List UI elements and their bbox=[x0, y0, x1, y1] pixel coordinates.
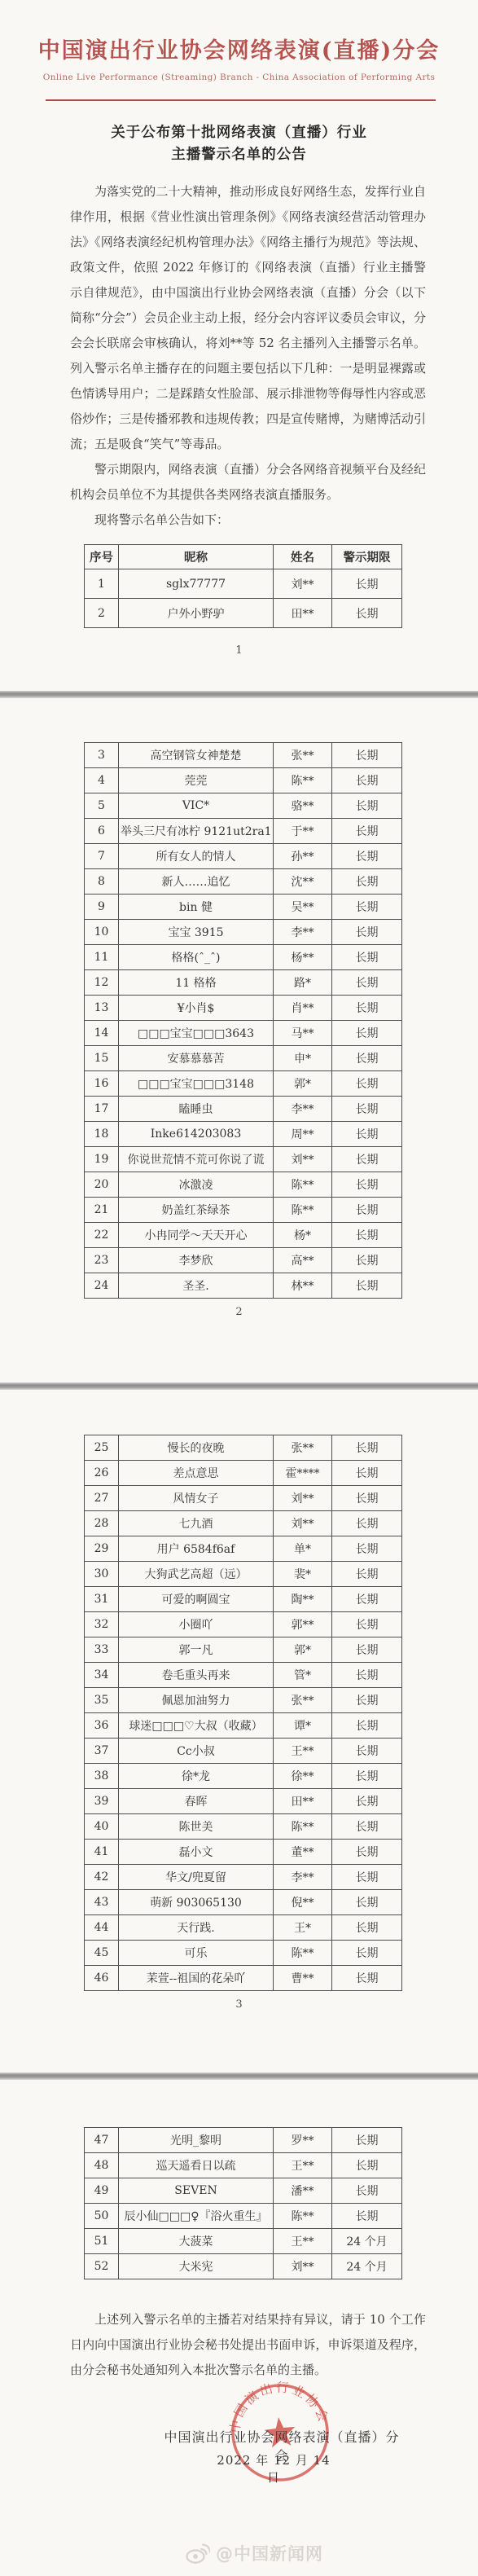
cell-nickname: 11 格格 bbox=[119, 970, 274, 996]
cell-index: 19 bbox=[85, 1147, 119, 1172]
cell-index: 42 bbox=[85, 1865, 119, 1890]
cell-name: 倪** bbox=[274, 1890, 332, 1915]
table-row: 26差点意思霍****长期 bbox=[85, 1461, 402, 1486]
cell-name: 骆** bbox=[274, 793, 332, 819]
cell-nickname: 安慕慕慕苦 bbox=[119, 1046, 274, 1071]
cell-period: 长期 bbox=[332, 1764, 402, 1789]
cell-nickname: 冰激凌 bbox=[119, 1172, 274, 1198]
cell-index: 24 bbox=[85, 1273, 119, 1299]
org-name-en: Online Live Performance (Streaming) Bran… bbox=[0, 72, 478, 83]
table-row: 14□□□宝宝□□□3643马**长期 bbox=[85, 1021, 402, 1046]
cell-name: 郭* bbox=[274, 1071, 332, 1097]
cell-name: 李** bbox=[274, 1865, 332, 1890]
cell-name: 李** bbox=[274, 1097, 332, 1122]
table-row: 44天行践.王*长期 bbox=[85, 1915, 402, 1941]
cell-period: 长期 bbox=[332, 1097, 402, 1122]
cell-nickname: 差点意思 bbox=[119, 1461, 274, 1486]
page-number-1: 1 bbox=[0, 644, 478, 657]
table-row: 52大米宪刘**24 个月 bbox=[85, 2254, 402, 2279]
table-row: 4莞莞陈**长期 bbox=[85, 768, 402, 793]
cell-period: 长期 bbox=[332, 793, 402, 819]
paragraph-list-intro: 现将警示名单公告如下： bbox=[70, 508, 426, 533]
cell-nickname: 宝宝 3915 bbox=[119, 920, 274, 945]
cell-index: 10 bbox=[85, 920, 119, 945]
page-break-bar bbox=[0, 1383, 478, 1390]
table-row: 7所有女人的情人孙**长期 bbox=[85, 844, 402, 869]
paragraph-intro: 为落实党的二十大精神，推动形成良好网络生态，发挥行业自律作用，根据《营业性演出管… bbox=[70, 179, 426, 457]
page-3: 25慢长的夜晚张**长期26差点意思霍****长期27风情女子刘**长期28七九… bbox=[0, 1390, 478, 2073]
cell-period: 长期 bbox=[332, 1789, 402, 1814]
cell-index: 35 bbox=[85, 1688, 119, 1713]
cell-index: 36 bbox=[85, 1713, 119, 1739]
cell-period: 长期 bbox=[332, 1637, 402, 1663]
cell-index: 52 bbox=[85, 2254, 119, 2279]
table-row: 47光明_黎明罗**长期 bbox=[85, 2128, 402, 2153]
table-row: 31可爱的啊圆宝陶**长期 bbox=[85, 1587, 402, 1612]
cell-period: 长期 bbox=[332, 1536, 402, 1562]
cell-index: 44 bbox=[85, 1915, 119, 1941]
cell-nickname: □□□宝宝□□□3643 bbox=[119, 1021, 274, 1046]
table-row: 16□□□宝宝□□□3148郭*长期 bbox=[85, 1071, 402, 1097]
cell-period: 长期 bbox=[332, 2204, 402, 2229]
warning-table-page-4: 47光明_黎明罗**长期48巡天遥看日以疏王**长期49SEVEN潘**长期50… bbox=[84, 2127, 402, 2279]
cell-nickname: 风情女子 bbox=[119, 1486, 274, 1511]
cell-nickname: 可爱的啊圆宝 bbox=[119, 1587, 274, 1612]
cell-period: 长期 bbox=[332, 1461, 402, 1486]
page-1: 中国演出行业协会网络表演(直播)分会 Online Live Performan… bbox=[0, 0, 478, 691]
cell-name: 林** bbox=[274, 1273, 332, 1299]
cell-period: 长期 bbox=[332, 1941, 402, 1966]
cell-period: 长期 bbox=[332, 1223, 402, 1248]
cell-index: 37 bbox=[85, 1739, 119, 1764]
cell-name: 王** bbox=[274, 1739, 332, 1764]
cell-period: 长期 bbox=[332, 569, 402, 599]
table-row: 49SEVEN潘**长期 bbox=[85, 2178, 402, 2204]
cell-period: 长期 bbox=[332, 2178, 402, 2204]
watermark-text: @中国新闻网 bbox=[216, 2541, 323, 2565]
cell-name: 王** bbox=[274, 2229, 332, 2254]
cell-period: 长期 bbox=[332, 1713, 402, 1739]
table-row: 19你说世荒情不荒可你说了谎刘**长期 bbox=[85, 1147, 402, 1172]
table-row: 33郭一凡郭*长期 bbox=[85, 1637, 402, 1663]
cell-period: 长期 bbox=[332, 1890, 402, 1915]
cell-nickname: 陈世美 bbox=[119, 1814, 274, 1840]
table-row: 1sglx77777刘**长期 bbox=[85, 569, 402, 599]
page-number-2: 2 bbox=[0, 1306, 478, 1318]
cell-name: 徐** bbox=[274, 1764, 332, 1789]
cell-name: 刘** bbox=[274, 2254, 332, 2279]
cell-name: 董** bbox=[274, 1840, 332, 1865]
table-row: 28七九酒刘**长期 bbox=[85, 1511, 402, 1536]
cell-name: 陈** bbox=[274, 1172, 332, 1198]
cell-name: 王** bbox=[274, 2153, 332, 2178]
cell-name: 孙** bbox=[274, 844, 332, 869]
cell-index: 20 bbox=[85, 1172, 119, 1198]
cell-nickname: 新人……追忆 bbox=[119, 869, 274, 895]
table-row: 23李梦欣高**长期 bbox=[85, 1248, 402, 1273]
cell-name: 刘** bbox=[274, 1147, 332, 1172]
cell-nickname: bin 健 bbox=[119, 895, 274, 920]
table-row: 42华文/兜夏留李**长期 bbox=[85, 1865, 402, 1890]
paragraph-ban: 警示期限内，网络表演（直播）分会各网络音视频平台及经纪机构会员单位不为其提供各类… bbox=[70, 457, 426, 508]
table-row: 21奶盖红茶绿茶陈**长期 bbox=[85, 1198, 402, 1223]
cell-period: 长期 bbox=[332, 1865, 402, 1890]
cell-nickname: 大狗武艺高超（远） bbox=[119, 1562, 274, 1587]
cell-nickname: 户外小野驴 bbox=[119, 599, 274, 628]
cell-index: 14 bbox=[85, 1021, 119, 1046]
cell-nickname: 徐*龙 bbox=[119, 1764, 274, 1789]
table-row: 9bin 健吴**长期 bbox=[85, 895, 402, 920]
cell-index: 6 bbox=[85, 819, 119, 844]
cell-nickname: 所有女人的情人 bbox=[119, 844, 274, 869]
table-row: 22小冉同学～天天开心杨*长期 bbox=[85, 1223, 402, 1248]
table-row: 40陈世美陈**长期 bbox=[85, 1814, 402, 1840]
cell-name: 沈** bbox=[274, 869, 332, 895]
table-row: 11格格(ˆ_ˆ)杨**长期 bbox=[85, 945, 402, 970]
cell-name: 申* bbox=[274, 1046, 332, 1071]
table-row: 32小圈吖郭**长期 bbox=[85, 1612, 402, 1637]
cell-name: 陈** bbox=[274, 768, 332, 793]
cell-name: 单* bbox=[274, 1536, 332, 1562]
cell-nickname: 磊小文 bbox=[119, 1840, 274, 1865]
cell-nickname: 圣圣. bbox=[119, 1273, 274, 1299]
cell-index: 21 bbox=[85, 1198, 119, 1223]
cell-period: 长期 bbox=[332, 2153, 402, 2178]
cell-index: 41 bbox=[85, 1840, 119, 1865]
table-row: 37Cc小叔王**长期 bbox=[85, 1739, 402, 1764]
cell-nickname: 球迷□□□♡大叔（收藏） bbox=[119, 1713, 274, 1739]
cell-period: 长期 bbox=[332, 1511, 402, 1536]
page-number-3: 3 bbox=[0, 1998, 478, 2011]
cell-index: 4 bbox=[85, 768, 119, 793]
cell-nickname: ¥小肖$ bbox=[119, 996, 274, 1021]
cell-index: 51 bbox=[85, 2229, 119, 2254]
cell-period: 长期 bbox=[332, 1915, 402, 1941]
table-row: 51大菠菜王**24 个月 bbox=[85, 2229, 402, 2254]
cell-period: 长期 bbox=[332, 599, 402, 628]
cell-period: 长期 bbox=[332, 1663, 402, 1688]
cell-index: 45 bbox=[85, 1941, 119, 1966]
table-row: 10宝宝 3915李**长期 bbox=[85, 920, 402, 945]
cell-period: 长期 bbox=[332, 869, 402, 895]
signature-date: 2022 年 12 月 14 日 bbox=[217, 2451, 331, 2486]
cell-period: 长期 bbox=[332, 920, 402, 945]
weibo-icon bbox=[186, 2543, 210, 2564]
cell-index: 3 bbox=[85, 743, 119, 768]
cell-period: 长期 bbox=[332, 1273, 402, 1299]
cell-name: 马** bbox=[274, 1021, 332, 1046]
cell-name: 刘** bbox=[274, 1511, 332, 1536]
cell-period: 长期 bbox=[332, 1486, 402, 1511]
cell-period: 长期 bbox=[332, 996, 402, 1021]
table-row: 27风情女子刘**长期 bbox=[85, 1486, 402, 1511]
cell-name: 罗** bbox=[274, 2128, 332, 2153]
cell-index: 18 bbox=[85, 1122, 119, 1147]
cell-name: 张** bbox=[274, 743, 332, 768]
cell-nickname: 莞莞 bbox=[119, 768, 274, 793]
table-row: 48巡天遥看日以疏王**长期 bbox=[85, 2153, 402, 2178]
cell-name: 王* bbox=[274, 1915, 332, 1941]
table-row: 30大狗武艺高超（远）裴*长期 bbox=[85, 1562, 402, 1587]
table-row: 38徐*龙徐**长期 bbox=[85, 1764, 402, 1789]
cell-period: 长期 bbox=[332, 844, 402, 869]
cell-index: 47 bbox=[85, 2128, 119, 2153]
page-break-bar bbox=[0, 691, 478, 698]
cell-index: 39 bbox=[85, 1789, 119, 1814]
cell-nickname: Inke614203083 bbox=[119, 1122, 274, 1147]
table-row: 46茉萱--祖国的花朵吖曹**长期 bbox=[85, 1966, 402, 1991]
cell-name: 陈** bbox=[274, 1198, 332, 1223]
cell-nickname: 萌新 903065130 bbox=[119, 1890, 274, 1915]
cell-index: 5 bbox=[85, 793, 119, 819]
cell-nickname: 举头三尺有冰柠 9121ut2ra1 bbox=[119, 819, 274, 844]
cell-period: 长期 bbox=[332, 970, 402, 996]
cell-period: 长期 bbox=[332, 1612, 402, 1637]
cell-name: 路* bbox=[274, 970, 332, 996]
cell-nickname: 用户 6584f6af bbox=[119, 1536, 274, 1562]
cell-name: 郭* bbox=[274, 1637, 332, 1663]
table-row: 3高空钢管女神楚楚张**长期 bbox=[85, 743, 402, 768]
page-2: 3高空钢管女神楚楚张**长期4莞莞陈**长期5VIC*骆**长期6举头三尺有冰柠… bbox=[0, 698, 478, 1383]
cell-period: 长期 bbox=[332, 945, 402, 970]
cell-name: 田** bbox=[274, 599, 332, 628]
table-row: 1211 格格路*长期 bbox=[85, 970, 402, 996]
table-row: 29用户 6584f6af单*长期 bbox=[85, 1536, 402, 1562]
table-row: 25慢长的夜晚张**长期 bbox=[85, 1435, 402, 1461]
table-row: 35佩恩加油努力张**长期 bbox=[85, 1688, 402, 1713]
table-row: 50辰小仙□□□♀『浴火重生』陈**长期 bbox=[85, 2204, 402, 2229]
cell-period: 长期 bbox=[332, 1435, 402, 1461]
page-break-bar bbox=[0, 2073, 478, 2080]
col-header-index: 序号 bbox=[85, 545, 119, 569]
col-header-nickname: 昵称 bbox=[119, 545, 274, 569]
cell-name: 于** bbox=[274, 819, 332, 844]
cell-nickname: 巡天遥看日以疏 bbox=[119, 2153, 274, 2178]
table-row: 36球迷□□□♡大叔（收藏）谭*长期 bbox=[85, 1713, 402, 1739]
cell-index: 29 bbox=[85, 1536, 119, 1562]
cell-name: 周** bbox=[274, 1122, 332, 1147]
warning-table-page-3: 25慢长的夜晚张**长期26差点意思霍****长期27风情女子刘**长期28七九… bbox=[84, 1435, 402, 1991]
cell-index: 34 bbox=[85, 1663, 119, 1688]
table-row: 20冰激凌陈**长期 bbox=[85, 1172, 402, 1198]
cell-name: 陈** bbox=[274, 2204, 332, 2229]
cell-period: 长期 bbox=[332, 819, 402, 844]
cell-period: 长期 bbox=[332, 1587, 402, 1612]
cell-index: 2 bbox=[85, 599, 119, 628]
table-row: 17瞌睡虫李**长期 bbox=[85, 1097, 402, 1122]
cell-nickname: 光明_黎明 bbox=[119, 2128, 274, 2153]
cell-period: 长期 bbox=[332, 1046, 402, 1071]
cell-index: 30 bbox=[85, 1562, 119, 1587]
cell-period: 长期 bbox=[332, 1688, 402, 1713]
cell-name: 肖** bbox=[274, 996, 332, 1021]
cell-name: 吴** bbox=[274, 895, 332, 920]
cell-period: 长期 bbox=[332, 1172, 402, 1198]
cell-name: 陶** bbox=[274, 1587, 332, 1612]
cell-period: 长期 bbox=[332, 1021, 402, 1046]
cell-period: 长期 bbox=[332, 1739, 402, 1764]
cell-index: 32 bbox=[85, 1612, 119, 1637]
cell-nickname: □□□宝宝□□□3148 bbox=[119, 1071, 274, 1097]
cell-name: 陈** bbox=[274, 1941, 332, 1966]
cell-nickname: 天行践. bbox=[119, 1915, 274, 1941]
doc-title-line2: 主播警示名单的公告 bbox=[0, 144, 478, 166]
cell-index: 33 bbox=[85, 1637, 119, 1663]
warning-table-page-1: 序号 昵称 姓名 警示期限 1sglx77777刘**长期2户外小野驴田**长期 bbox=[84, 544, 402, 628]
cell-nickname: 郭一凡 bbox=[119, 1637, 274, 1663]
table-row: 13¥小肖$肖**长期 bbox=[85, 996, 402, 1021]
cell-nickname: SEVEN bbox=[119, 2178, 274, 2204]
cell-index: 43 bbox=[85, 1890, 119, 1915]
cell-index: 22 bbox=[85, 1223, 119, 1248]
cell-name: 刘** bbox=[274, 1486, 332, 1511]
red-divider bbox=[46, 99, 436, 101]
cell-name: 刘** bbox=[274, 569, 332, 599]
table-row: 34卷毛重头再来管*长期 bbox=[85, 1663, 402, 1688]
doc-title: 关于公布第十批网络表演（直播）行业 主播警示名单的公告 bbox=[0, 122, 478, 166]
cell-name: 曹** bbox=[274, 1966, 332, 1991]
cell-period: 长期 bbox=[332, 768, 402, 793]
table-row: 18Inke614203083周**长期 bbox=[85, 1122, 402, 1147]
doc-title-line1: 关于公布第十批网络表演（直播）行业 bbox=[0, 122, 478, 144]
cell-nickname: VIC* bbox=[119, 793, 274, 819]
cell-index: 25 bbox=[85, 1435, 119, 1461]
watermark: @中国新闻网 bbox=[186, 2541, 323, 2565]
cell-index: 27 bbox=[85, 1486, 119, 1511]
table-row: 2户外小野驴田**长期 bbox=[85, 599, 402, 628]
cell-index: 48 bbox=[85, 2153, 119, 2178]
cell-index: 31 bbox=[85, 1587, 119, 1612]
appeal-paragraph: 上述列入警示名单的主播若对结果持有异议，请于 10 个工作日内向中国演出行业协会… bbox=[70, 2307, 426, 2383]
cell-name: 陈** bbox=[274, 1814, 332, 1840]
table-row: 45可乐陈**长期 bbox=[85, 1941, 402, 1966]
cell-nickname: 李梦欣 bbox=[119, 1248, 274, 1273]
table-row: 41磊小文董**长期 bbox=[85, 1840, 402, 1865]
body-text: 为落实党的二十大精神，推动形成良好网络生态，发挥行业自律作用，根据《营业性演出管… bbox=[70, 179, 426, 533]
cell-index: 9 bbox=[85, 895, 119, 920]
cell-name: 潘** bbox=[274, 2178, 332, 2204]
cell-period: 长期 bbox=[332, 1562, 402, 1587]
cell-name: 杨** bbox=[274, 945, 332, 970]
page-4: 47光明_黎明罗**长期48巡天遥看日以疏王**长期49SEVEN潘**长期50… bbox=[0, 2080, 478, 2576]
cell-period: 长期 bbox=[332, 1071, 402, 1097]
cell-index: 7 bbox=[85, 844, 119, 869]
cell-index: 26 bbox=[85, 1461, 119, 1486]
cell-nickname: 小圈吖 bbox=[119, 1612, 274, 1637]
cell-name: 高** bbox=[274, 1248, 332, 1273]
table-row: 5VIC*骆**长期 bbox=[85, 793, 402, 819]
cell-nickname: 格格(ˆ_ˆ) bbox=[119, 945, 274, 970]
cell-period: 长期 bbox=[332, 1966, 402, 1991]
cell-period: 长期 bbox=[332, 743, 402, 768]
cell-nickname: 大米宪 bbox=[119, 2254, 274, 2279]
cell-index: 23 bbox=[85, 1248, 119, 1273]
warning-table-page-2: 3高空钢管女神楚楚张**长期4莞莞陈**长期5VIC*骆**长期6举头三尺有冰柠… bbox=[84, 742, 402, 1299]
cell-name: 张** bbox=[274, 1435, 332, 1461]
cell-index: 28 bbox=[85, 1511, 119, 1536]
cell-period: 长期 bbox=[332, 1122, 402, 1147]
cell-nickname: 小冉同学～天天开心 bbox=[119, 1223, 274, 1248]
cell-index: 12 bbox=[85, 970, 119, 996]
table-row: 15安慕慕慕苦申*长期 bbox=[85, 1046, 402, 1071]
cell-index: 13 bbox=[85, 996, 119, 1021]
cell-nickname: 慢长的夜晚 bbox=[119, 1435, 274, 1461]
cell-nickname: sglx77777 bbox=[119, 569, 274, 599]
cell-name: 田** bbox=[274, 1789, 332, 1814]
col-header-name: 姓名 bbox=[274, 545, 332, 569]
cell-nickname: 可乐 bbox=[119, 1941, 274, 1966]
cell-period: 长期 bbox=[332, 2128, 402, 2153]
table-row: 39春晖田**长期 bbox=[85, 1789, 402, 1814]
cell-nickname: 茉萱--祖国的花朵吖 bbox=[119, 1966, 274, 1991]
cell-nickname: 辰小仙□□□♀『浴火重生』 bbox=[119, 2204, 274, 2229]
cell-name: 谭* bbox=[274, 1713, 332, 1739]
cell-index: 11 bbox=[85, 945, 119, 970]
cell-period: 长期 bbox=[332, 895, 402, 920]
cell-period: 24 个月 bbox=[332, 2229, 402, 2254]
cell-name: 管* bbox=[274, 1663, 332, 1688]
org-name-cn: 中国演出行业协会网络表演(直播)分会 bbox=[0, 36, 478, 67]
cell-index: 46 bbox=[85, 1966, 119, 1991]
cell-name: 杨* bbox=[274, 1223, 332, 1248]
cell-index: 8 bbox=[85, 869, 119, 895]
cell-period: 长期 bbox=[332, 1147, 402, 1172]
table-header-row: 序号 昵称 姓名 警示期限 bbox=[85, 545, 402, 569]
cell-name: 张** bbox=[274, 1688, 332, 1713]
cell-index: 17 bbox=[85, 1097, 119, 1122]
cell-name: 郭** bbox=[274, 1612, 332, 1637]
table-row: 6举头三尺有冰柠 9121ut2ra1于**长期 bbox=[85, 819, 402, 844]
cell-period: 长期 bbox=[332, 1814, 402, 1840]
cell-nickname: 你说世荒情不荒可你说了谎 bbox=[119, 1147, 274, 1172]
cell-nickname: Cc小叔 bbox=[119, 1739, 274, 1764]
cell-nickname: 瞌睡虫 bbox=[119, 1097, 274, 1122]
cell-name: 霍**** bbox=[274, 1461, 332, 1486]
col-header-period: 警示期限 bbox=[332, 545, 402, 569]
cell-nickname: 佩恩加油努力 bbox=[119, 1688, 274, 1713]
table-row: 43萌新 903065130倪**长期 bbox=[85, 1890, 402, 1915]
cell-index: 38 bbox=[85, 1764, 119, 1789]
cell-name: 裴* bbox=[274, 1562, 332, 1587]
cell-index: 50 bbox=[85, 2204, 119, 2229]
cell-nickname: 春晖 bbox=[119, 1789, 274, 1814]
cell-period: 24 个月 bbox=[332, 2254, 402, 2279]
cell-nickname: 华文/兜夏留 bbox=[119, 1865, 274, 1890]
cell-period: 长期 bbox=[332, 1248, 402, 1273]
cell-index: 40 bbox=[85, 1814, 119, 1840]
cell-period: 长期 bbox=[332, 1198, 402, 1223]
cell-nickname: 奶盖红茶绿茶 bbox=[119, 1198, 274, 1223]
cell-index: 15 bbox=[85, 1046, 119, 1071]
cell-nickname: 高空钢管女神楚楚 bbox=[119, 743, 274, 768]
cell-nickname: 卷毛重头再来 bbox=[119, 1663, 274, 1688]
cell-name: 李** bbox=[274, 920, 332, 945]
cell-nickname: 大菠菜 bbox=[119, 2229, 274, 2254]
cell-index: 49 bbox=[85, 2178, 119, 2204]
cell-index: 1 bbox=[85, 569, 119, 599]
table-row: 24圣圣.林**长期 bbox=[85, 1273, 402, 1299]
cell-period: 长期 bbox=[332, 1840, 402, 1865]
cell-nickname: 七九酒 bbox=[119, 1511, 274, 1536]
cell-index: 16 bbox=[85, 1071, 119, 1097]
table-row: 8新人……追忆沈**长期 bbox=[85, 869, 402, 895]
